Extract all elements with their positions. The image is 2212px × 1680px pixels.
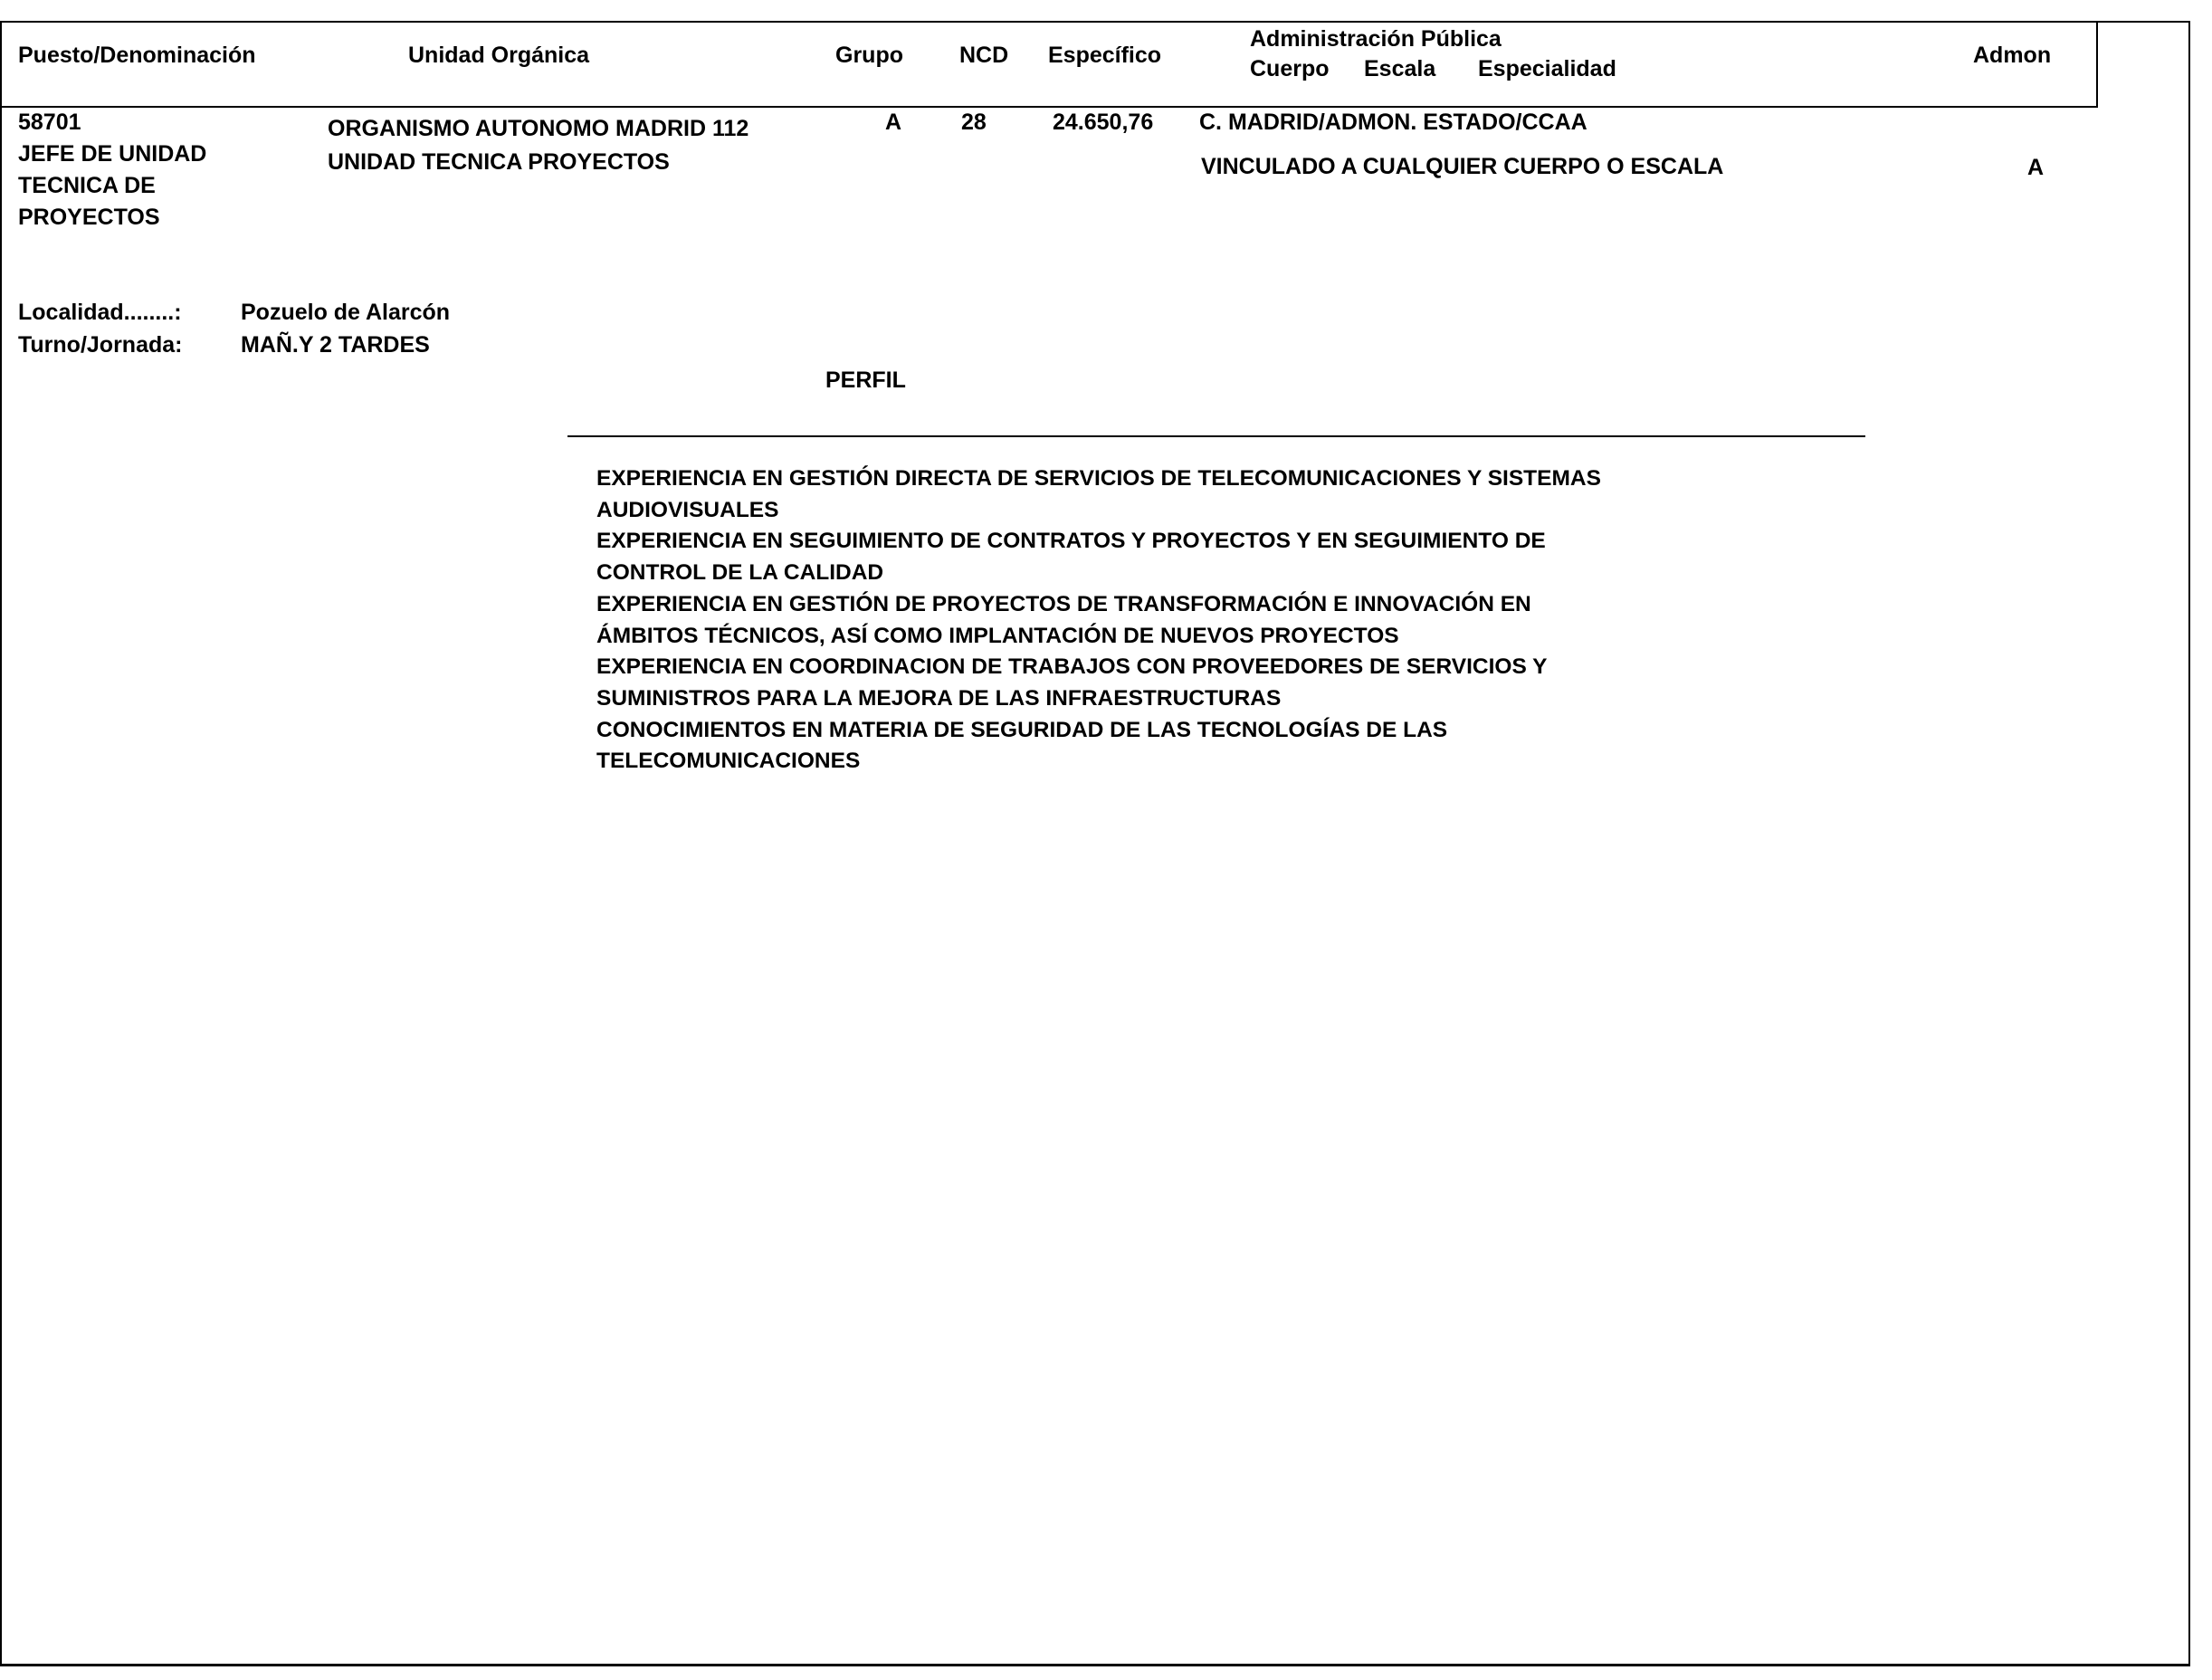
- turno-value: MAÑ.Y 2 TARDES: [241, 334, 430, 357]
- perfil-line: CONOCIMIENTOS EN MATERIA DE SEGURIDAD DE…: [596, 715, 1601, 747]
- header-administracion-publica: Administración Pública: [1250, 28, 1502, 51]
- unidad-organica: ORGANISMO AUTONOMO MADRID 112 UNIDAD TEC…: [328, 112, 748, 179]
- especifico-value: 24.650,76: [1053, 111, 1153, 134]
- header-especifico: Específico: [1048, 44, 1161, 67]
- denominacion-line: TECNICA DE: [18, 170, 206, 202]
- administracion-value: C. MADRID/ADMON. ESTADO/CCAA: [1199, 111, 1587, 134]
- perfil-divider: [567, 435, 1865, 437]
- localidad-label: Localidad........:: [18, 301, 182, 324]
- turno-label: Turno/Jornada:: [18, 334, 182, 357]
- header-grupo: Grupo: [835, 44, 903, 67]
- denominacion-line: JEFE DE UNIDAD: [18, 138, 206, 170]
- cuerpo-escala-value: VINCULADO A CUALQUIER CUERPO O ESCALA: [1201, 156, 1723, 178]
- perfil-title: PERFIL: [825, 369, 906, 392]
- denominacion-line: PROYECTOS: [18, 202, 206, 234]
- perfil-line: EXPERIENCIA EN GESTIÓN DIRECTA DE SERVIC…: [596, 463, 1601, 495]
- perfil-line: SUMINISTROS PARA LA MEJORA DE LAS INFRAE…: [596, 683, 1601, 715]
- header-ncd: NCD: [959, 44, 1008, 67]
- header-unidad-organica: Unidad Orgánica: [408, 44, 589, 67]
- header-puesto: Puesto/Denominación: [18, 44, 256, 67]
- unidad-line: ORGANISMO AUTONOMO MADRID 112: [328, 112, 748, 146]
- perfil-line: EXPERIENCIA EN SEGUIMIENTO DE CONTRATOS …: [596, 526, 1601, 558]
- puesto-codigo: 58701: [18, 111, 81, 134]
- perfil-line: CONTROL DE LA CALIDAD: [596, 558, 1601, 589]
- perfil-line: EXPERIENCIA EN COORDINACION DE TRABAJOS …: [596, 652, 1601, 683]
- perfil-line: ÁMBITOS TÉCNICOS, ASÍ COMO IMPLANTACIÓN …: [596, 621, 1601, 653]
- perfil-line: EXPERIENCIA EN GESTIÓN DE PROYECTOS DE T…: [596, 589, 1601, 621]
- admon-value: A: [2027, 157, 2044, 179]
- document-frame: [0, 21, 2190, 1666]
- perfil-line: AUDIOVISUALES: [596, 495, 1601, 527]
- localidad-value: Pozuelo de Alarcón: [241, 301, 450, 324]
- unidad-line: UNIDAD TECNICA PROYECTOS: [328, 146, 748, 179]
- grupo-value: A: [885, 111, 901, 134]
- header-admon: Admon: [1973, 44, 2051, 67]
- header-especialidad: Especialidad: [1478, 58, 1616, 81]
- perfil-line: TELECOMUNICACIONES: [596, 746, 1601, 778]
- puesto-denominacion: JEFE DE UNIDAD TECNICA DE PROYECTOS: [18, 138, 206, 234]
- ncd-value: 28: [961, 111, 987, 134]
- header-escala: Escala: [1364, 58, 1435, 81]
- perfil-requirements: EXPERIENCIA EN GESTIÓN DIRECTA DE SERVIC…: [596, 463, 1601, 778]
- header-cuerpo: Cuerpo: [1250, 58, 1330, 81]
